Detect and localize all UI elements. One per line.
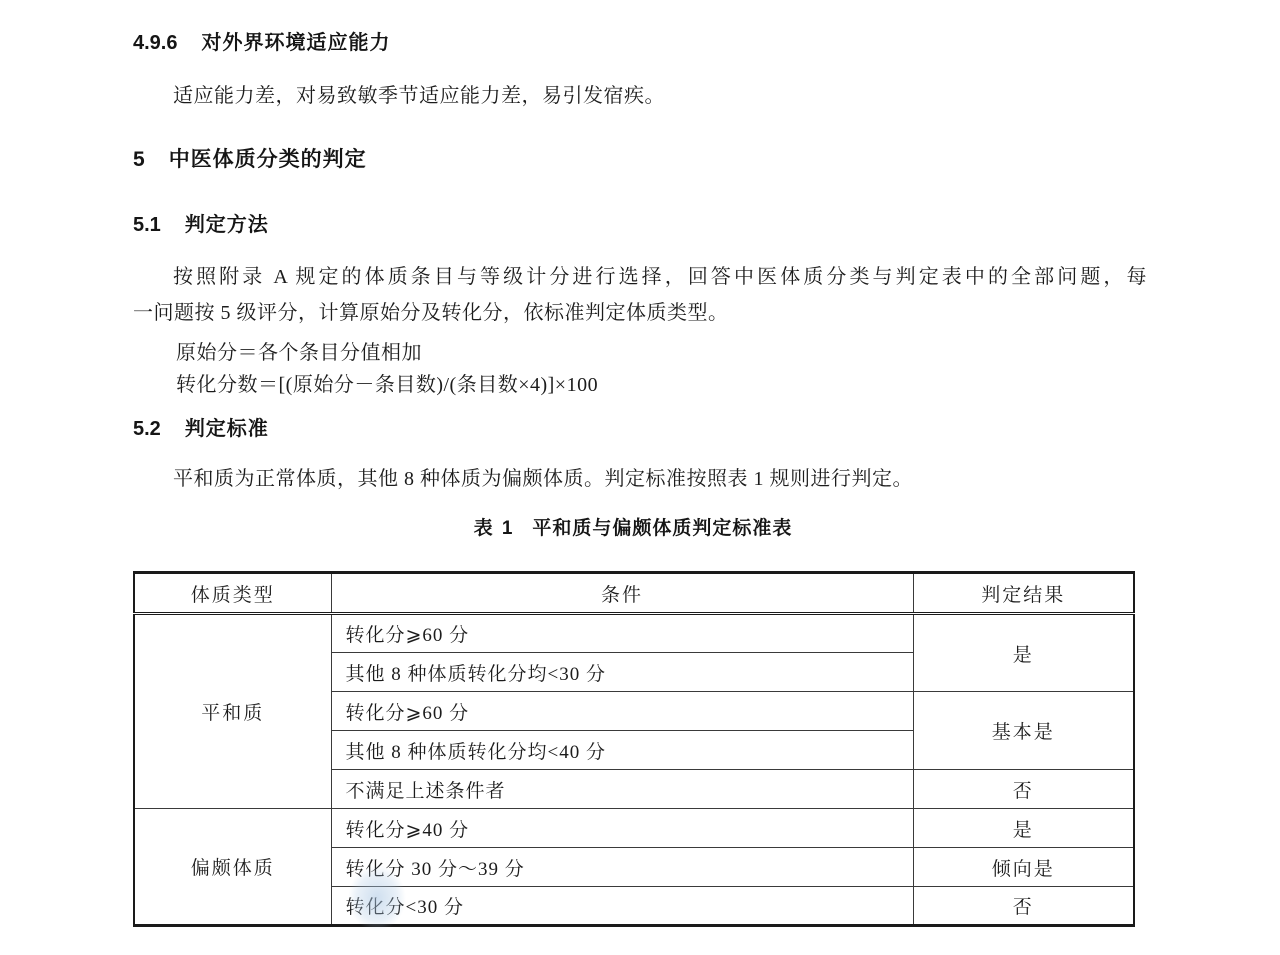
col-header-constitution-type: 体质类型 — [134, 573, 331, 614]
paragraph-criteria: 平和质为正常体质，其他 8 种体质为偏颇体质。判定标准按照表 1 规则进行判定。 — [133, 467, 1147, 491]
section-title: 判定方法 — [185, 214, 269, 236]
document-page: 4.9.6对外界环境适应能力 适应能力差，对易致敏季节适应能力差，易引发宿疾。 … — [0, 0, 1280, 955]
section-heading-4-9-6: 4.9.6对外界环境适应能力 — [133, 31, 1147, 55]
section-number: 5.1 — [133, 214, 161, 236]
condition-cell: 不满足上述条件者 — [331, 770, 913, 809]
condition-cell: 其他 8 种体质转化分均<30 分 — [331, 653, 913, 692]
table-caption-title: 平和质与偏颇体质判定标准表 — [532, 518, 792, 539]
table-row: 偏颇体质转化分⩾40 分是 — [134, 809, 1134, 848]
table-caption: 表 1平和质与偏颇体质判定标准表 — [133, 517, 1133, 540]
document-content: 4.9.6对外界环境适应能力 适应能力差，对易致敏季节适应能力差，易引发宿疾。 … — [133, 0, 1147, 927]
table-row: 平和质转化分⩾60 分是 — [134, 614, 1134, 653]
condition-cell: 转化分⩾40 分 — [331, 809, 913, 848]
section-number: 5 — [133, 148, 145, 171]
constitution-type-cell: 平和质 — [134, 614, 331, 809]
section-heading-5-2: 5.2判定标准 — [133, 417, 1147, 441]
judgment-table: 体质类型 条件 判定结果 平和质转化分⩾60 分是其他 8 种体质转化分均<30… — [133, 571, 1135, 927]
section-title: 对外界环境适应能力 — [201, 32, 390, 54]
paragraph-method-line2: 一问题按 5 级评分，计算原始分及转化分，依标准判定体质类型。 — [133, 295, 1147, 331]
paragraph-adaptability: 适应能力差，对易致敏季节适应能力差，易引发宿疾。 — [133, 84, 1147, 108]
paragraph-method-line1: 按照附录 A 规定的体质条目与等级计分进行选择，回答中医体质分类与判定表中的全部… — [133, 259, 1147, 295]
table-header-row: 体质类型 条件 判定结果 — [134, 573, 1134, 614]
result-cell: 是 — [913, 809, 1134, 848]
section-number: 5.2 — [133, 418, 161, 440]
judgment-table-body: 平和质转化分⩾60 分是其他 8 种体质转化分均<30 分转化分⩾60 分基本是… — [134, 614, 1134, 926]
condition-cell: 转化分⩾60 分 — [331, 692, 913, 731]
result-cell: 基本是 — [913, 692, 1134, 770]
result-cell: 否 — [913, 887, 1134, 926]
result-cell: 倾向是 — [913, 848, 1134, 887]
condition-cell: 转化分⩾60 分 — [331, 614, 913, 653]
formula-original-score: 原始分＝各个条目分值相加 — [133, 339, 1147, 367]
condition-cell: 其他 8 种体质转化分均<40 分 — [331, 731, 913, 770]
section-heading-5-1: 5.1判定方法 — [133, 213, 1147, 237]
section-title: 中医体质分类的判定 — [169, 148, 367, 171]
col-header-result: 判定结果 — [913, 573, 1134, 614]
constitution-type-cell: 偏颇体质 — [134, 809, 331, 926]
result-cell: 否 — [913, 770, 1134, 809]
section-heading-5: 5中医体质分类的判定 — [133, 148, 1147, 172]
formula-transformed-score: 转化分数＝[(原始分－条目数)/(条目数×4)]×100 — [133, 371, 1147, 399]
result-cell: 是 — [913, 614, 1134, 692]
condition-cell: 转化分<30 分 — [331, 887, 913, 926]
section-number: 4.9.6 — [133, 32, 177, 54]
section-title: 判定标准 — [185, 418, 269, 440]
col-header-condition: 条件 — [331, 573, 913, 614]
condition-cell: 转化分 30 分～39 分 — [331, 848, 913, 887]
table-caption-label: 表 1 — [474, 518, 515, 539]
